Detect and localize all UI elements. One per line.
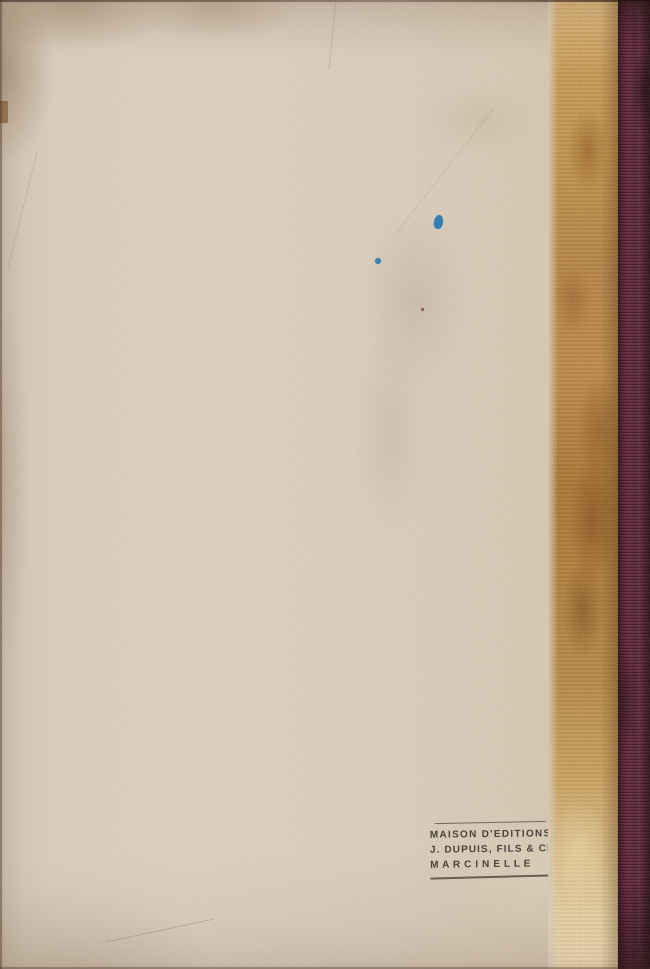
imprint-line-publisher: MAISON D'EDITIONS: [430, 826, 552, 842]
blue-ink-spot-large: [433, 214, 444, 229]
paper-cover: MAISON D'EDITIONS J. DUPUIS, FILS & Cie …: [0, 0, 618, 969]
blue-ink-spot-small: [375, 258, 381, 264]
spine-cloth: [618, 0, 650, 969]
paper-scratch: [106, 919, 214, 943]
gutter-stain-strip: [548, 0, 618, 969]
left-edge-shadow: [0, 0, 2, 969]
paper-crease: [328, 0, 336, 70]
imprint-rule-bottom: [430, 874, 548, 879]
publisher-imprint: MAISON D'EDITIONS J. DUPUIS, FILS & Cie …: [430, 821, 553, 878]
imprint-rule-top: [435, 821, 546, 824]
book-back-cover: MAISON D'EDITIONS J. DUPUIS, FILS & Cie …: [0, 0, 650, 969]
paper-scratch: [396, 107, 495, 234]
paper-crease: [7, 152, 37, 269]
top-edge-shadow: [0, 0, 650, 2]
red-speck: [421, 308, 424, 311]
imprint-line-company: J. DUPUIS, FILS & Cie: [430, 841, 552, 857]
imprint-line-city: M A R C I N E L L E: [430, 856, 552, 872]
